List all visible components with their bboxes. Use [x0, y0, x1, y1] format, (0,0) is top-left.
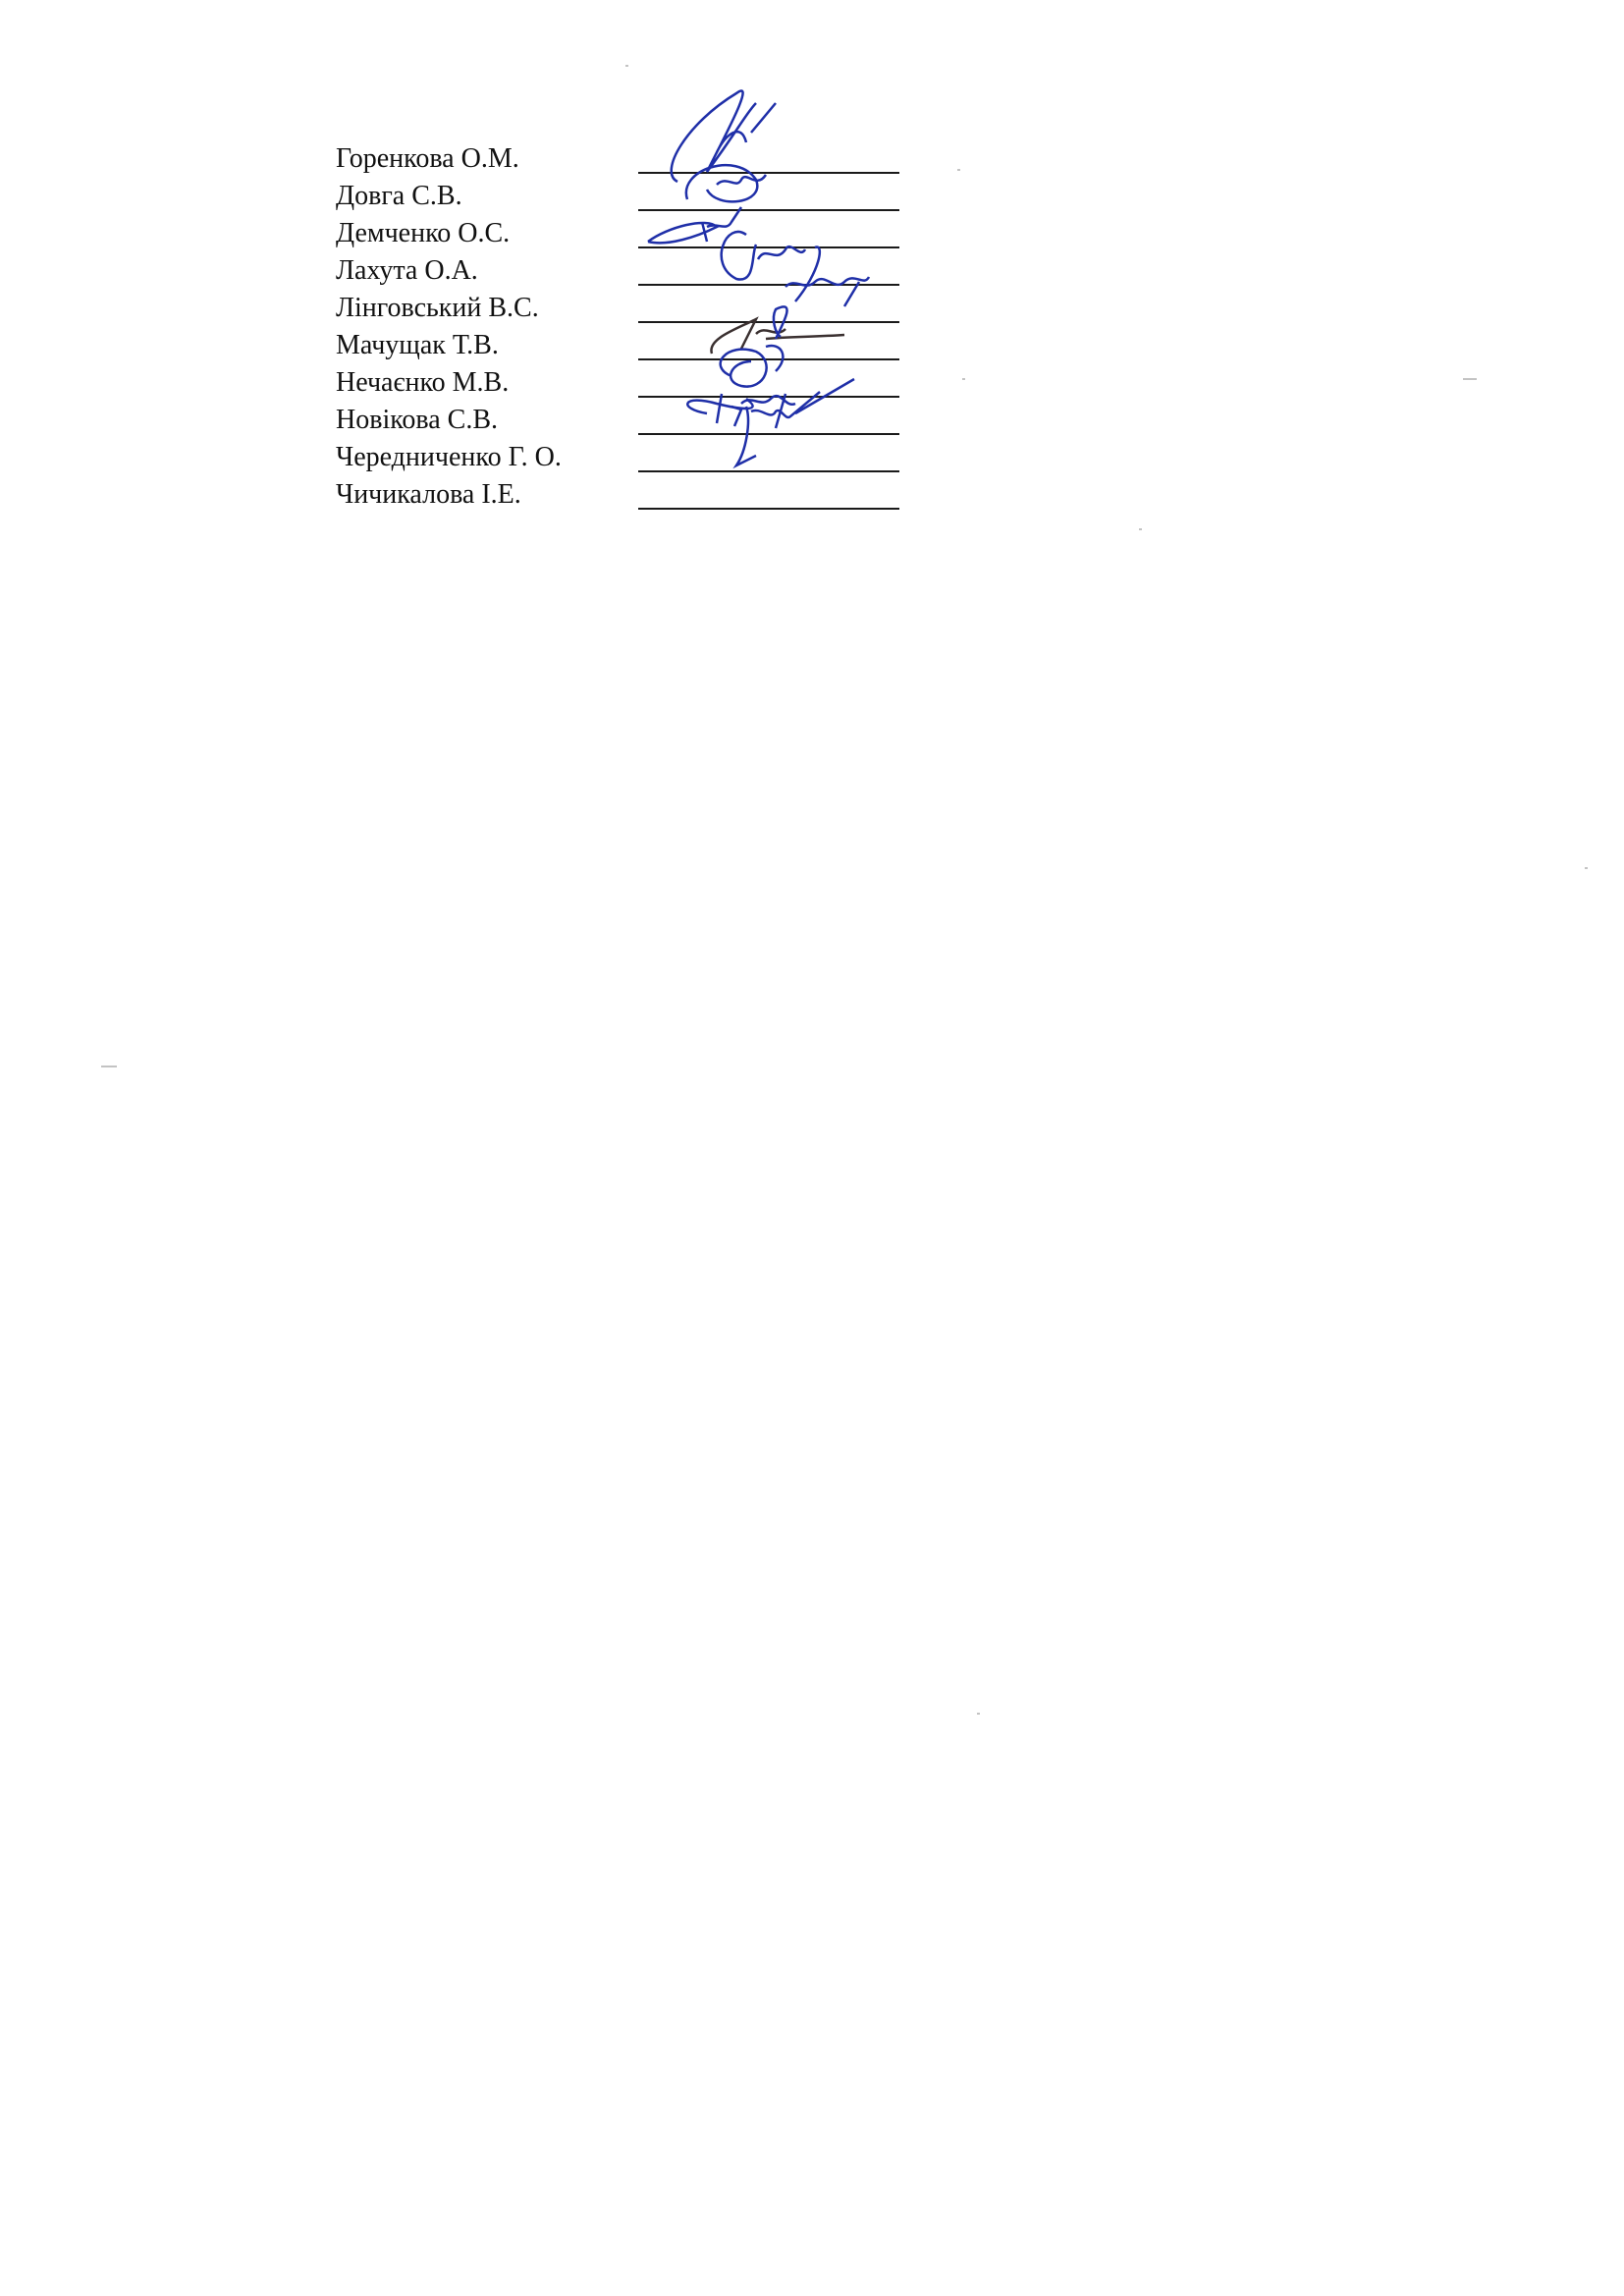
- signature-line: [638, 209, 899, 211]
- signatory-row: Чередниченко Г. О.: [336, 441, 925, 480]
- signatory-row: Горенкова О.М.: [336, 142, 925, 182]
- signatory-name: Довга С.В.: [336, 180, 462, 213]
- signatory-row: Демченко О.С.: [336, 217, 925, 256]
- signatory-name: Лахута О.А.: [336, 254, 478, 288]
- signatory-name: Чичикалова І.Е.: [336, 478, 521, 512]
- signatory-name: Мачущак Т.В.: [336, 329, 499, 362]
- signature-line: [638, 284, 899, 286]
- signature-line: [638, 358, 899, 360]
- signature-line: [638, 246, 899, 248]
- signature-line: [638, 508, 899, 510]
- signature-line: [638, 470, 899, 472]
- signature-line: [638, 396, 899, 398]
- signatory-row: Нечаєнко М.В.: [336, 366, 925, 406]
- signatory-row: Довга С.В.: [336, 180, 925, 219]
- signature-sheet: Горенкова О.М. Довга С.В. Демченко О.С. …: [0, 0, 1624, 2296]
- signatory-name: Нечаєнко М.В.: [336, 366, 509, 400]
- signature-line: [638, 172, 899, 174]
- signature-line: [638, 321, 899, 323]
- signatory-row: Чичикалова І.Е.: [336, 478, 925, 518]
- signatory-name: Лінговський В.С.: [336, 292, 539, 325]
- signatory-row: Новікова С.В.: [336, 404, 925, 443]
- signatory-row: Лахута О.А.: [336, 254, 925, 294]
- signature-line: [638, 433, 899, 435]
- signatory-name: Новікова С.В.: [336, 404, 498, 437]
- signatory-name: Демченко О.С.: [336, 217, 510, 250]
- signatory-row: Мачущак Т.В.: [336, 329, 925, 368]
- signatory-row: Лінговський В.С.: [336, 292, 925, 331]
- signatory-name: Горенкова О.М.: [336, 142, 519, 176]
- signatory-name: Чередниченко Г. О.: [336, 441, 562, 474]
